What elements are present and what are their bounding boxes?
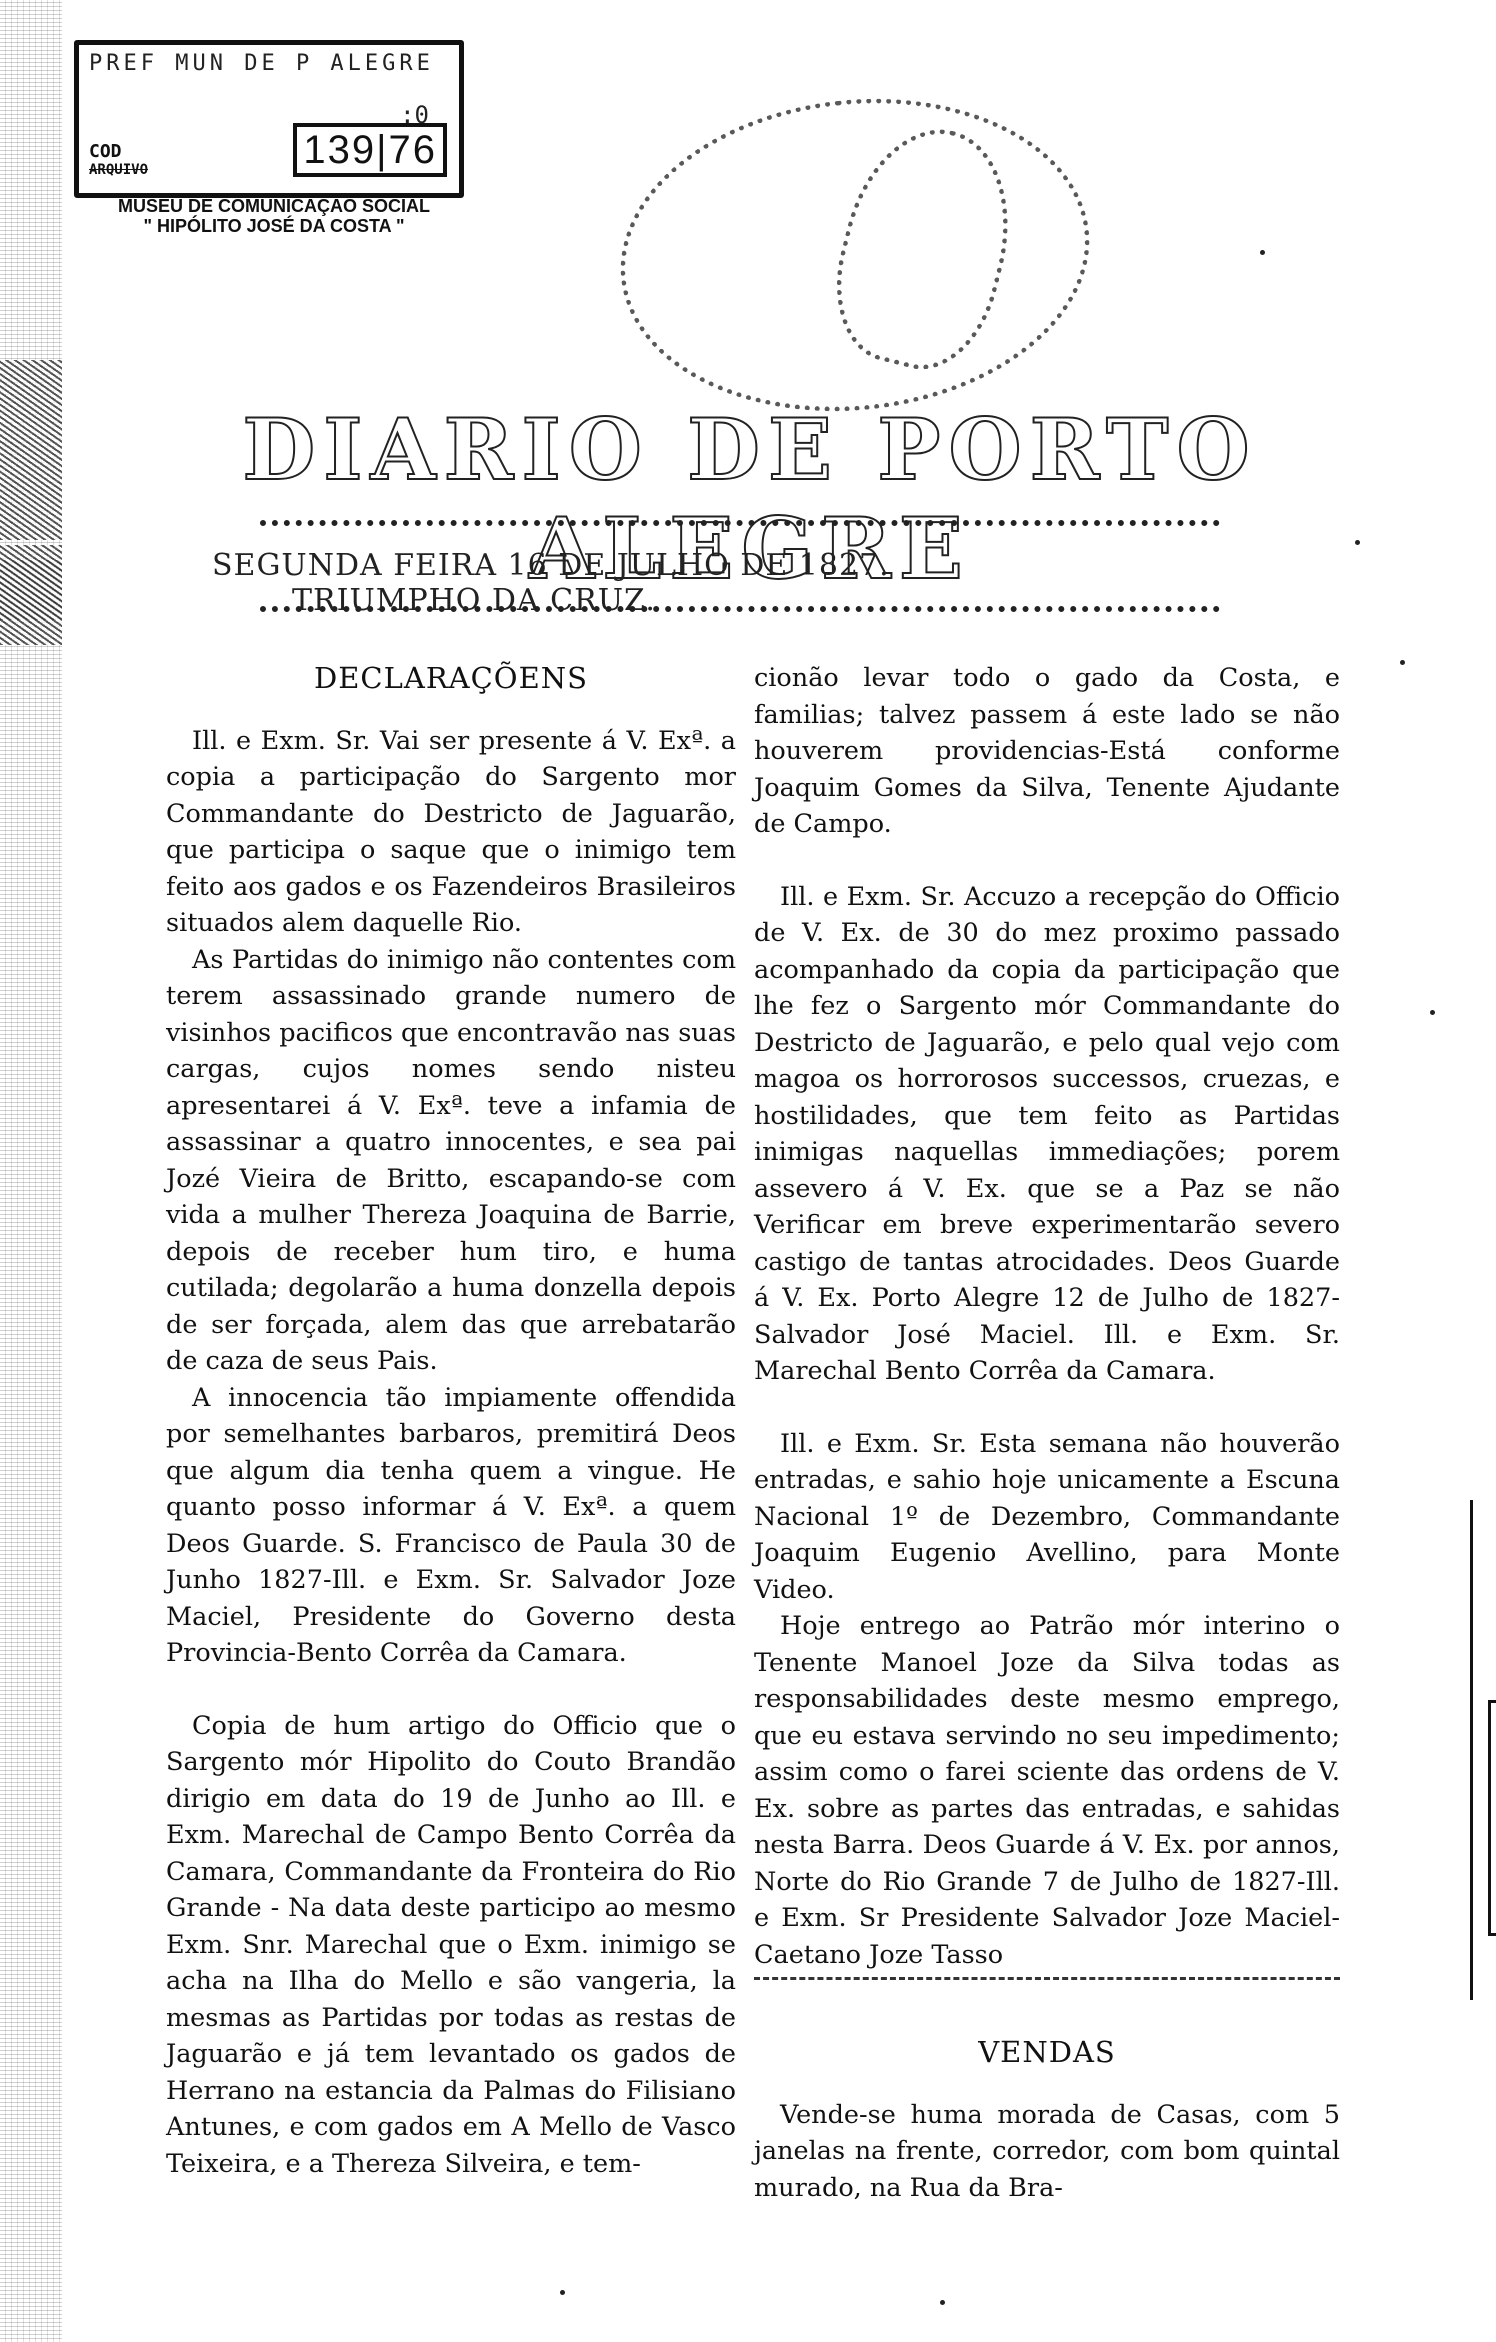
stamp-catalog-number: 139|76 [293,123,447,177]
spacer [754,843,1340,879]
archive-stamp: PREF MUN DE P ALEGRE :0 COD ARQUIVO 139|… [74,40,464,198]
scan-speck [560,2290,565,2295]
article-paragraph: A innocencia tão impiamente offendida po… [166,1380,736,1672]
seal-emblem-inner [818,112,1031,384]
page-edge-bracket [1488,1700,1496,1936]
article-paragraph: Ill. e Exm. Sr. Esta semana não houverão… [754,1426,1340,1609]
article-paragraph: Ill. e Exm. Sr. Vai ser presente á V. Ex… [166,723,736,942]
scan-noise-block [0,360,62,540]
scan-speck [1430,1010,1435,1015]
right-column: cionão levar todo o gado da Costa, e fam… [754,660,1340,2206]
scan-speck [1355,540,1360,545]
spacer [166,1672,736,1708]
sales-paragraph: Vende-se huma morada de Casas, com 5 jan… [754,2097,1340,2207]
museum-credit: MUSEU DE COMUNICAÇÃO SOCIAL " HIPÓLITO J… [84,196,464,236]
section-divider [754,1977,1340,1980]
section-heading-vendas: VENDAS [754,2034,1340,2071]
stamp-code-label: COD [89,143,148,161]
article-paragraph: Hoje entrego ao Patrão mór interino o Te… [754,1608,1340,1973]
left-column: DECLARAÇÕENS Ill. e Exm. Sr. Vai ser pre… [166,660,736,2182]
title-rule-bottom [260,606,1220,620]
museum-name: MUSEU DE COMUNICAÇÃO SOCIAL [84,196,464,216]
scan-noise-block [0,560,62,620]
page-edge-line [1470,1500,1473,2000]
museum-subtitle: " HIPÓLITO JOSÉ DA COSTA " [84,216,464,236]
scan-speck [1260,250,1265,255]
scan-speck [1400,660,1405,665]
section-heading-declaracoens: DECLARAÇÕENS [166,660,736,697]
issue-date: SEGUNDA FEIRA 16 DE JULHO DE 1827. [212,548,890,583]
article-paragraph: Copia de hum artigo do Officio que o Sar… [166,1708,736,2183]
article-paragraph: cionão levar todo o gado da Costa, e fam… [754,660,1340,843]
seal-emblem [605,76,1105,433]
spacer [754,1390,1340,1426]
scan-edge-noise [0,0,62,2342]
stamp-code: COD ARQUIVO [89,143,148,179]
title-rule-top [260,520,1220,534]
stamp-institution: PREF MUN DE P ALEGRE [89,51,434,76]
scan-speck [940,2300,945,2305]
article-paragraph: As Partidas do inimigo não contentes com… [166,942,736,1380]
stamp-code-sub: ARQUIVO [89,161,148,179]
article-paragraph: Ill. e Exm. Sr. Accuzo a recepção do Off… [754,879,1340,1390]
